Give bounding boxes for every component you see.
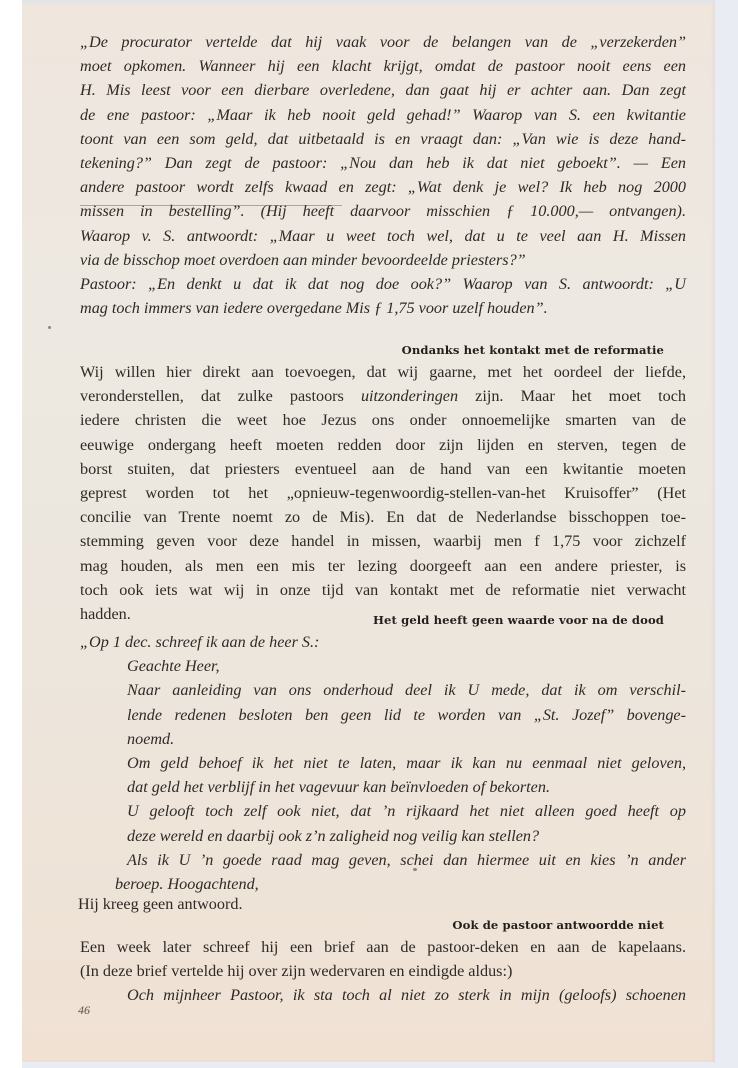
text-line: dat geld het verblijf in het vagevuur ka… <box>80 775 686 799</box>
text-line: toch ook iets wat wij in onze tijd van k… <box>80 578 686 602</box>
text-line: Als ik U ’n goede raad mag geven, schei … <box>80 848 686 872</box>
text-line: Naar aanleiding van ons onderhoud deel i… <box>80 678 686 702</box>
text-run: stemming geven voor deze handel in misse… <box>80 532 686 550</box>
text-line: noemd. <box>80 727 686 751</box>
body-reformatie: Wij willen hier direkt aan toevoegen, da… <box>80 360 686 626</box>
letter-salutation: Geachte Heer, <box>80 654 686 678</box>
text-line: H. Mis leest voor een dierbare overleden… <box>80 78 686 102</box>
text-run: veronderstellen, dat zulke pastoors <box>80 387 361 405</box>
text-run: borst stuiten, dat priesters eventueel a… <box>80 460 686 478</box>
text-line: Hij kreeg geen antwoord. <box>78 892 684 916</box>
text-line: geprest worden tot het „opnieuw-tegenwoo… <box>80 481 686 505</box>
text-line: concilie van Trente noemt zo de Mis). En… <box>80 505 686 529</box>
emphasis-text: uitzonderingen <box>361 387 458 405</box>
text-line: de ene pastoor: „Maar ik heb nooit geld … <box>80 103 686 127</box>
quote-procurator: „De procurator vertelde dat hij vaak voo… <box>80 30 686 320</box>
text-line: mag toch immers van iedere overgedane Mi… <box>80 296 686 320</box>
text-line: stemming geven voor deze handel in misse… <box>80 529 686 553</box>
text-line: iedere christen die weet hoe Jezus ons o… <box>80 408 686 432</box>
text-line: tekening?” Dan zegt de pastoor: „Nou dan… <box>80 151 686 175</box>
text-run: Wij willen hier direkt aan toevoegen, da… <box>80 363 686 381</box>
text-line: Een week later schreef hij een brief aan… <box>80 935 686 959</box>
pencil-underline-mark <box>80 205 342 206</box>
section-heading: Ondanks het kontakt met de reformatie <box>402 343 664 357</box>
text-line: veronderstellen, dat zulke pastoors uitz… <box>80 384 686 408</box>
paper-speck <box>413 868 417 871</box>
text-line: Waarop v. S. antwoordt: „Maar u weet toc… <box>80 224 686 248</box>
letter-quote: „Op 1 dec. schreef ik aan de heer S.: Ge… <box>80 630 686 896</box>
text-run: geprest worden tot het „opnieuw-tegenwoo… <box>80 484 686 502</box>
text-line: toont van een som geld, dat uitbetaald i… <box>80 127 686 151</box>
no-answer-text: Hij kreeg geen antwoord. <box>78 892 684 916</box>
text-run: iedere christen die weet hoe Jezus ons o… <box>80 411 686 429</box>
text-line: missen in bestelling”. (Hij heeft daarvo… <box>80 199 686 223</box>
text-line: deze wereld en daarbij ook z’n zaligheid… <box>80 824 686 848</box>
text-line: andere pastoor wordt zelfs kwaad en zegt… <box>80 175 686 199</box>
text-line: U gelooft toch zelf ook niet, dat ’n rij… <box>80 799 686 823</box>
section-heading: Ook de pastoor antwoordde niet <box>452 918 664 932</box>
text-line: eeuwige ondergang heeft moeten redden do… <box>80 433 686 457</box>
text-line: Wij willen hier direkt aan toevoegen, da… <box>80 360 686 384</box>
text-line: mag houden, als men een mis ter lezing d… <box>80 554 686 578</box>
text-line: via de bisschop moet overdoen aan minder… <box>80 248 686 272</box>
text-line: lende redenen besloten ben geen lid te w… <box>80 703 686 727</box>
paper-speck <box>48 326 51 329</box>
letter-intro: „Op 1 dec. schreef ik aan de heer S.: <box>80 630 686 654</box>
text-line: (In deze brief vertelde hij over zijn we… <box>80 959 686 983</box>
text-line: moet opkomen. Wanneer hij een klacht kri… <box>80 54 686 78</box>
text-run: toch ook iets wat wij in onze tijd van k… <box>80 581 686 599</box>
text-run: eeuwige ondergang heeft moeten redden do… <box>80 436 686 454</box>
text-line: Pastoor: „En denkt u dat ik dat nog doe … <box>80 272 686 296</box>
text-line: Och mijnheer Pastoor, ik sta toch al nie… <box>80 983 686 1007</box>
text-line: Om geld behoef ik het niet te laten, maa… <box>80 751 686 775</box>
text-run: hadden. <box>80 605 131 623</box>
body-pastoor: Een week later schreef hij een brief aan… <box>80 935 686 1008</box>
text-run: mag houden, als men een mis ter lezing d… <box>80 557 686 575</box>
text-run: concilie van Trente noemt zo de Mis). En… <box>80 508 686 526</box>
text-line: borst stuiten, dat priesters eventueel a… <box>80 457 686 481</box>
text-line: „De procurator vertelde dat hij vaak voo… <box>80 30 686 54</box>
section-heading: Het geld heeft geen waarde voor na de do… <box>373 613 664 627</box>
text-run: zijn. Maar het moet toch <box>458 387 686 405</box>
page-number: 46 <box>78 1003 90 1018</box>
book-page: „De procurator vertelde dat hij vaak voo… <box>22 0 715 1062</box>
